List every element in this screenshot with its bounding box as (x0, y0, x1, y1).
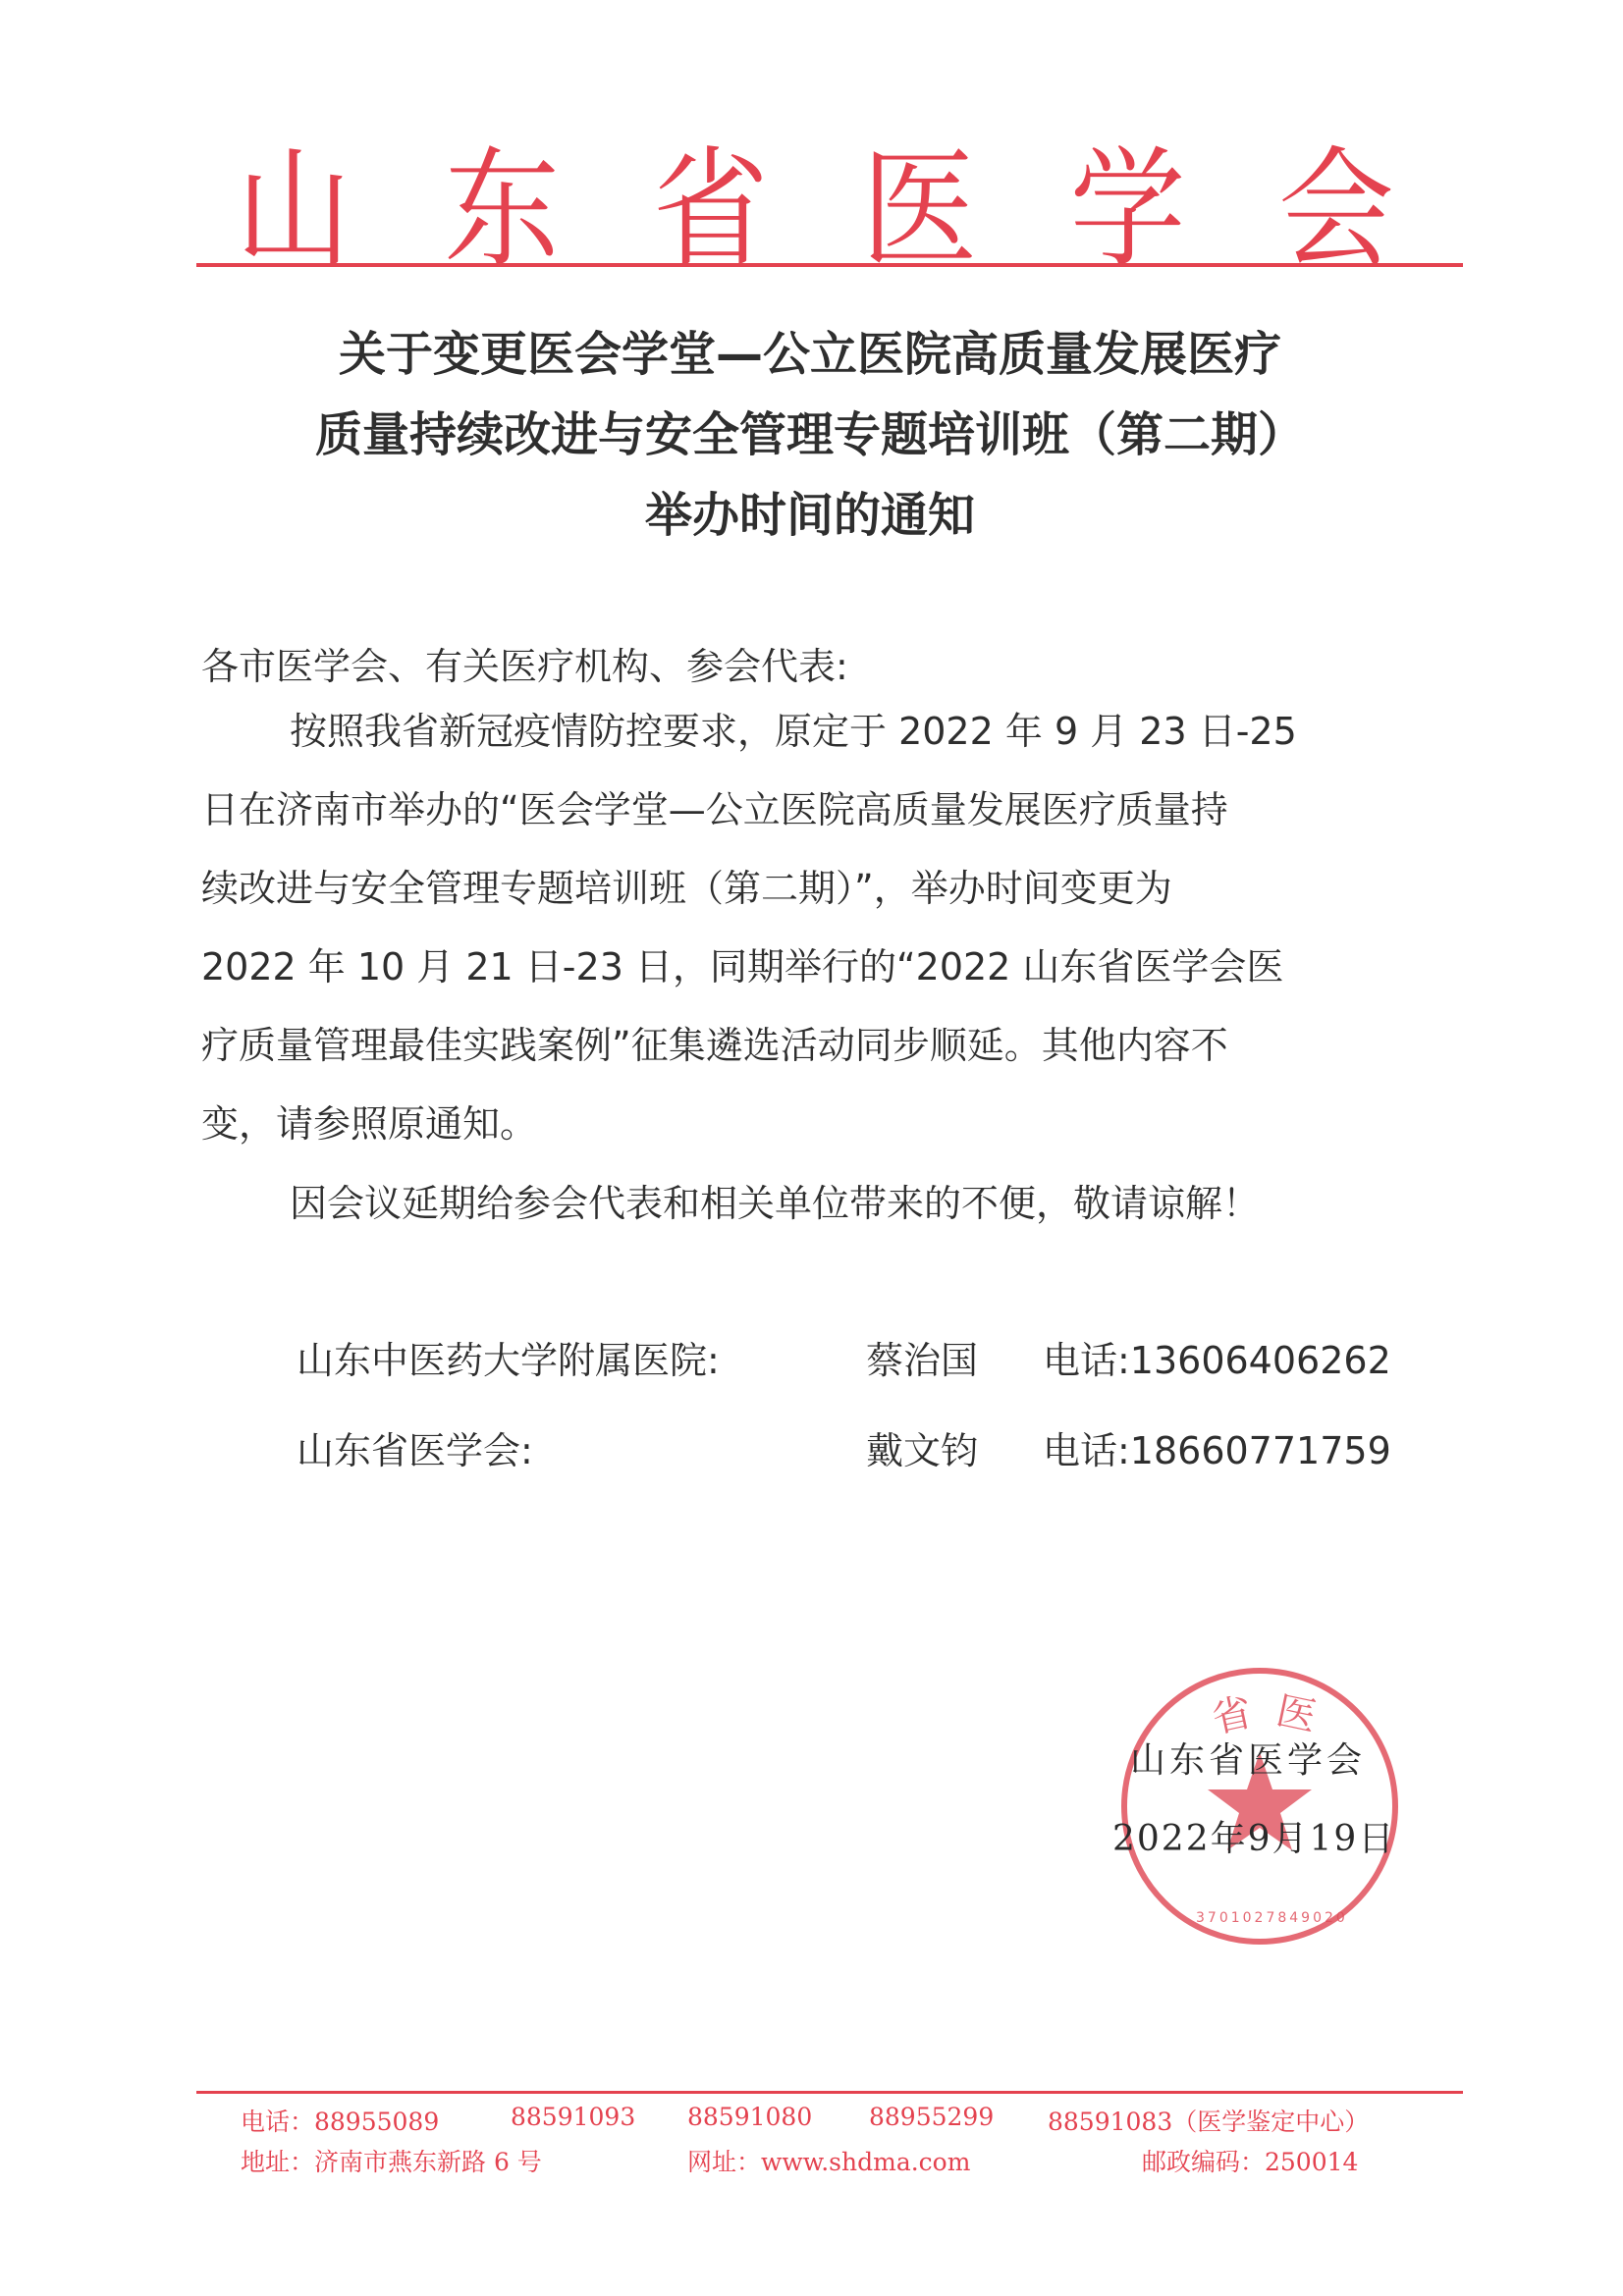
body-paragraph-2: 因会议延期给参会代表和相关单位带来的不便，敬请谅解！ (201, 1164, 1419, 1243)
title-line: 举办时间的通知 (196, 475, 1424, 556)
letterhead-char: 东 (444, 143, 560, 273)
official-seal-icon: 省 医 3701027849020 (1112, 1659, 1407, 1953)
contact-org: 山东中医药大学附属医院: (297, 1330, 720, 1384)
document-page: 山 东 省 医 学 会 关于变更医会学堂—公立医院高质量发展医疗 质量持续改进与… (0, 0, 1623, 2296)
letterhead-title: 山 东 省 医 学 会 (236, 142, 1394, 275)
letterhead-char: 学 (1070, 143, 1186, 273)
letterhead-divider (196, 263, 1463, 267)
contact-phone: 电话:18660771759 (1043, 1420, 1391, 1474)
footer-address: 地址：济南市燕东新路 6 号 (241, 2143, 542, 2178)
salutation: 各市医学会、有关医疗机构、参会代表: (201, 636, 1419, 690)
footer-phone: 88591080 (687, 2103, 812, 2131)
footer-phone: 88591093 (511, 2103, 635, 2131)
paragraph-line: 因会议延期给参会代表和相关单位带来的不便，敬请谅解！ (201, 1164, 1419, 1243)
letterhead-char: 医 (861, 143, 977, 273)
footer-website: 网址：www.shdma.com (687, 2143, 970, 2178)
contact-name: 戴文钧 (866, 1420, 978, 1474)
title-line: 质量持续改进与安全管理专题培训班（第二期） (196, 395, 1424, 475)
contact-list: 山东中医药大学附属医院: 蔡治国 电话:13606406262 山东省医学会: … (297, 1330, 1426, 1511)
footer-postcode: 邮政编码：250014 (1142, 2143, 1358, 2178)
contact-row: 山东中医药大学附属医院: 蔡治国 电话:13606406262 (297, 1330, 1426, 1420)
footer-phone: 88591083（医学鉴定中心） (1048, 2103, 1369, 2138)
signature-org: 山东省医学会 (1130, 1733, 1366, 1783)
contact-phone: 电话:13606406262 (1043, 1330, 1391, 1384)
letterhead-char: 会 (1278, 143, 1394, 273)
paragraph-line: 疗质量管理最佳实践案例”征集遴选活动同步顺延。其他内容不 (201, 1006, 1419, 1085)
paragraph-line: 按照我省新冠疫情防控要求，原定于 2022 年 9 月 23 日-25 (201, 692, 1419, 771)
paragraph-line: 续改进与安全管理专题培训班（第二期）”，举办时间变更为 (201, 849, 1419, 928)
paragraph-line: 变，请参照原通知。 (201, 1085, 1419, 1163)
footer-phone-label: 电话：88955089 (241, 2103, 439, 2138)
contact-row: 山东省医学会: 戴文钧 电话:18660771759 (297, 1420, 1426, 1511)
letterhead-char: 省 (653, 143, 769, 273)
footer-phone: 88955299 (869, 2103, 994, 2131)
letterhead-char: 山 (236, 143, 352, 273)
contact-name: 蔡治国 (866, 1330, 978, 1384)
footer-divider (196, 2091, 1463, 2094)
document-title: 关于变更医会学堂—公立医院高质量发展医疗 质量持续改进与安全管理专题培训班（第二… (196, 314, 1424, 556)
body-paragraph-1: 按照我省新冠疫情防控要求，原定于 2022 年 9 月 23 日-25 日在济南… (201, 692, 1419, 1163)
contact-org: 山东省医学会: (297, 1420, 533, 1474)
title-line: 关于变更医会学堂—公立医院高质量发展医疗 (196, 314, 1424, 395)
signature-date: 2022年9月19日 (1112, 1811, 1395, 1861)
svg-text:3701027849020: 3701027849020 (1196, 1910, 1348, 1926)
paragraph-line: 日在济南市举办的“医会学堂—公立医院高质量发展医疗质量持 (201, 771, 1419, 849)
paragraph-line: 2022 年 10 月 21 日-23 日，同期举行的“2022 山东省医学会医 (201, 928, 1419, 1006)
